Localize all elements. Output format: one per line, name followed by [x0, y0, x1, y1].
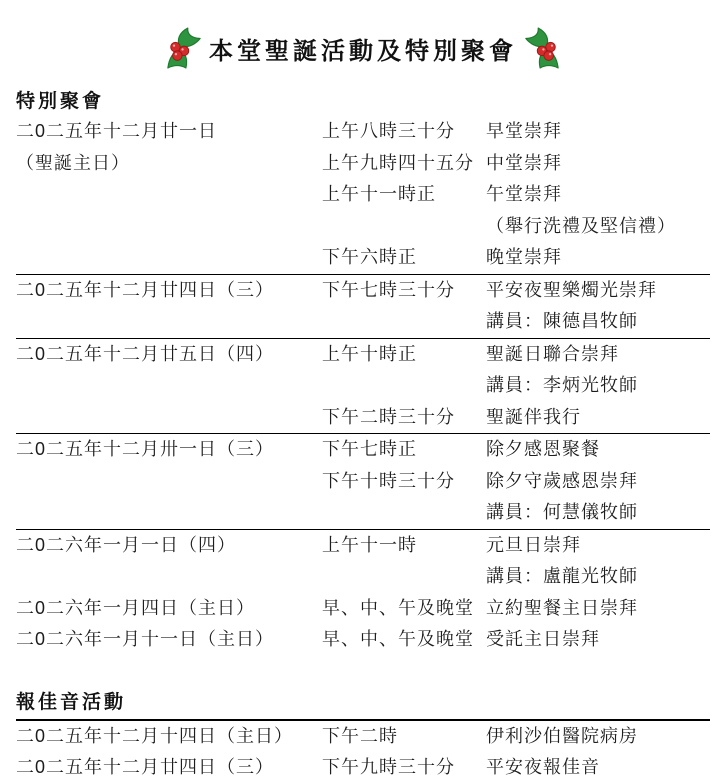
date-cell: 二0二六年一月四日（主日）	[16, 593, 322, 625]
time-cell: 早、中、午及晚堂	[322, 624, 486, 656]
time-cell: 上午十時正	[322, 339, 486, 371]
date-cell: 二0二六年一月十一日（主日）	[16, 624, 322, 656]
holly-icon	[523, 26, 561, 70]
page-title: 本堂聖誕活動及特別聚會	[209, 31, 517, 66]
time-cell: 早、中、午及晚堂	[322, 593, 486, 625]
time-cell: 上午九時四十五分	[322, 148, 486, 180]
time-cell: 下午六時正	[322, 242, 486, 274]
table-row: 上午十一時正午堂崇拜	[16, 179, 710, 211]
event-cell: 早堂崇拜	[486, 116, 710, 148]
table-row: 二0二六年一月十一日（主日）早、中、午及晚堂受託主日崇拜	[16, 624, 710, 656]
date-cell: 二0二六年一月一日（四）	[16, 530, 322, 562]
date-cell: 二0二五年十二月廿四日（三）	[16, 275, 322, 307]
event-cell: 除夕感恩聚餐	[486, 434, 710, 466]
event-group: 二0二五年十二月廿四日（三）下午七時三十分平安夜聖樂燭光崇拜講員：陳德昌牧師	[16, 274, 710, 338]
event-group: 二0二五年十二月十四日（主日）下午二時伊利沙伯醫院病房二0二五年十二月廿四日（三…	[16, 721, 710, 782]
table-row: 講員：何慧儀牧師	[16, 497, 710, 529]
time-cell: 下午十時三十分	[322, 466, 486, 498]
table-row: 下午十時三十分除夕守歲感恩崇拜	[16, 466, 710, 498]
event-group: 二0二五年十二月卅一日（三）下午七時正除夕感恩聚餐下午十時三十分除夕守歲感恩崇拜…	[16, 433, 710, 529]
event-cell: 平安夜聖樂燭光崇拜	[486, 275, 710, 307]
table-row: 講員：盧龍光牧師	[16, 561, 710, 593]
page-title-row: 本堂聖誕活動及特別聚會	[16, 22, 710, 74]
date-cell: 二0二五年十二月廿五日（四）	[16, 339, 322, 371]
section-caroling-activities: 報佳音活動 二0二五年十二月十四日（主日）下午二時伊利沙伯醫院病房二0二五年十二…	[16, 687, 710, 782]
table-row: 二0二五年十二月卅一日（三）下午七時正除夕感恩聚餐	[16, 434, 710, 466]
section-heading: 特別聚會	[16, 86, 710, 113]
event-cell: 聖誕日聯合崇拜	[486, 339, 710, 371]
event-cell: 講員：何慧儀牧師	[486, 497, 710, 529]
event-cell: （舉行洗禮及堅信禮）	[486, 211, 710, 243]
time-cell: 下午二時	[322, 721, 486, 753]
table-row: 講員：陳德昌牧師	[16, 306, 710, 338]
section-special-gatherings: 特別聚會 二0二五年十二月廿一日上午八時三十分早堂崇拜（聖誕主日）上午九時四十五…	[16, 86, 710, 656]
schedule-table: 二0二五年十二月廿一日上午八時三十分早堂崇拜（聖誕主日）上午九時四十五分中堂崇拜…	[16, 116, 710, 656]
time-cell: 下午九時三十分	[322, 752, 486, 782]
event-cell: 午堂崇拜	[486, 179, 710, 211]
table-row: 下午六時正晚堂崇拜	[16, 242, 710, 274]
event-cell: 講員：李炳光牧師	[486, 370, 710, 402]
table-row: 二0二五年十二月廿五日（四）上午十時正聖誕日聯合崇拜	[16, 339, 710, 371]
date-cell: 二0二五年十二月廿四日（三）	[16, 752, 322, 782]
time-cell: 下午二時三十分	[322, 402, 486, 434]
bulletin-page: 本堂聖誕活動及特別聚會 特別聚會 二0二五年十二月廿一日上午八時三十分早堂崇拜（…	[0, 0, 724, 782]
time-cell: 下午七時正	[322, 434, 486, 466]
event-cell: 平安夜報佳音	[486, 752, 710, 782]
date-cell: 二0二五年十二月卅一日（三）	[16, 434, 322, 466]
time-cell: 下午七時三十分	[322, 275, 486, 307]
event-cell: 中堂崇拜	[486, 148, 710, 180]
holly-icon	[165, 26, 203, 70]
table-row: （舉行洗禮及堅信禮）	[16, 211, 710, 243]
event-cell: 講員：盧龍光牧師	[486, 561, 710, 593]
table-row: 二0二五年十二月廿四日（三）下午七時三十分平安夜聖樂燭光崇拜	[16, 275, 710, 307]
event-cell: 晚堂崇拜	[486, 242, 710, 274]
schedule-table: 二0二五年十二月十四日（主日）下午二時伊利沙伯醫院病房二0二五年十二月廿四日（三…	[16, 721, 710, 782]
event-cell: 受託主日崇拜	[486, 624, 710, 656]
table-row: （聖誕主日）上午九時四十五分中堂崇拜	[16, 148, 710, 180]
time-cell: 上午八時三十分	[322, 116, 486, 148]
table-row: 二0二六年一月四日（主日）早、中、午及晚堂立約聖餐主日崇拜	[16, 593, 710, 625]
event-cell: 講員：陳德昌牧師	[486, 306, 710, 338]
event-group: 二0二五年十二月廿五日（四）上午十時正聖誕日聯合崇拜講員：李炳光牧師下午二時三十…	[16, 338, 710, 434]
event-cell: 伊利沙伯醫院病房	[486, 721, 710, 753]
table-row: 二0二五年十二月十四日（主日）下午二時伊利沙伯醫院病房	[16, 721, 710, 753]
table-row: 講員：李炳光牧師	[16, 370, 710, 402]
date-cell: 二0二五年十二月十四日（主日）	[16, 721, 322, 753]
event-group: 二0二五年十二月廿一日上午八時三十分早堂崇拜（聖誕主日）上午九時四十五分中堂崇拜…	[16, 116, 710, 274]
event-cell: 立約聖餐主日崇拜	[486, 593, 710, 625]
table-row: 二0二六年一月一日（四）上午十一時元旦日崇拜	[16, 530, 710, 562]
event-cell: 除夕守歲感恩崇拜	[486, 466, 710, 498]
date-cell: 二0二五年十二月廿一日	[16, 116, 322, 148]
event-group: 二0二六年一月一日（四）上午十一時元旦日崇拜講員：盧龍光牧師二0二六年一月四日（…	[16, 529, 710, 656]
event-cell: 聖誕伴我行	[486, 402, 710, 434]
date-cell: （聖誕主日）	[16, 148, 322, 180]
event-cell: 元旦日崇拜	[486, 530, 710, 562]
table-row: 二0二五年十二月廿一日上午八時三十分早堂崇拜	[16, 116, 710, 148]
time-cell: 上午十一時	[322, 530, 486, 562]
section-heading: 報佳音活動	[16, 687, 710, 721]
table-row: 下午二時三十分聖誕伴我行	[16, 402, 710, 434]
time-cell: 上午十一時正	[322, 179, 486, 211]
table-row: 二0二五年十二月廿四日（三）下午九時三十分平安夜報佳音	[16, 752, 710, 782]
